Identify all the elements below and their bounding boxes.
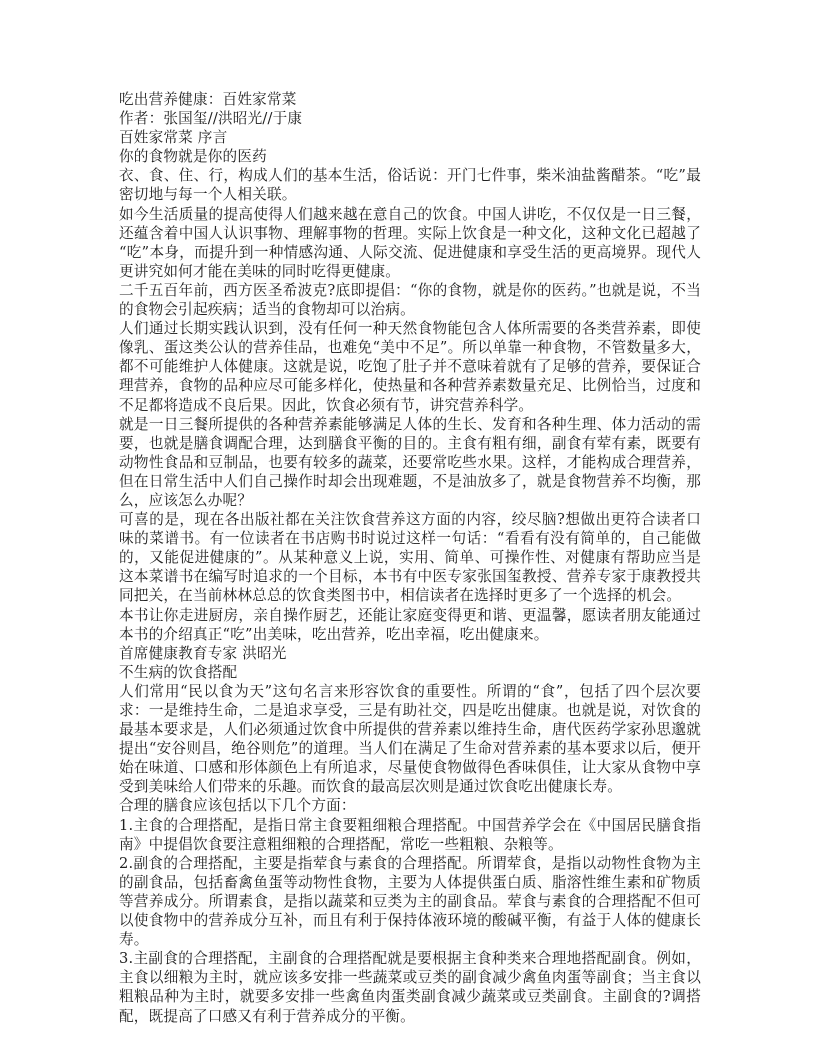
preface-heading: 百姓家常菜 序言 bbox=[119, 128, 701, 147]
section-title: 你的食物就是你的医药 bbox=[119, 147, 701, 166]
paragraph: 可喜的是，现在各出版社都在关注饮食营养这方面的内容，绞尽脑?想做出更符合读者口味… bbox=[119, 510, 701, 605]
list-item-paragraph: 2.副食的合理搭配，主要是指荤食与素食的合理搭配。所谓荤食，是指以动物性食物为主… bbox=[119, 854, 701, 949]
signature-line: 首席健康教育专家 洪昭光 bbox=[119, 644, 701, 663]
paragraph: 如今生活质量的提高使得人们越来越在意自己的饮食。中国人讲吃，不仅仅是一日三餐，还… bbox=[119, 205, 701, 281]
list-item-paragraph: 3.主副食的合理搭配，主副食的合理搭配就是要根据主食种类来合理地搭配副食。例如，… bbox=[119, 949, 701, 1025]
paragraph: 人们通过长期实践认识到，没有任何一种天然食物能包含人体所需要的各类营养素，即使像… bbox=[119, 319, 701, 414]
section-title: 不生病的饮食搭配 bbox=[119, 663, 701, 682]
paragraph: 衣、食、住、行，构成人们的基本生活，俗话说：开门七件事，柴米油盐酱醋茶。“吃”最… bbox=[119, 166, 701, 204]
paragraph: 人们常用“民以食为天”这句名言来形容饮食的重要性。所谓的“食”，包括了四个层次要… bbox=[119, 682, 701, 797]
list-item-paragraph: 1.主食的合理搭配，是指日常主食要粗细粮合理搭配。中国营养学会在《中国居民膳食指… bbox=[119, 816, 701, 854]
book-title-line: 吃出营养健康：百姓家常菜 bbox=[119, 90, 701, 109]
paragraph: 就是一日三餐所提供的各种营养素能够满足人体的生长、发育和各种生理、体力活动的需要… bbox=[119, 415, 701, 510]
document-page: 吃出营养健康：百姓家常菜 作者：张国玺//洪昭光//于康 百姓家常菜 序言 你的… bbox=[0, 0, 816, 1056]
paragraph: 二千五百年前，西方医圣希波克?底即提倡：“你的食物，就是你的医药。”也就是说，不… bbox=[119, 281, 701, 319]
paragraph: 合理的膳食应该包括以下几个方面： bbox=[119, 796, 701, 815]
author-line: 作者：张国玺//洪昭光//于康 bbox=[119, 109, 701, 128]
text-block: 吃出营养健康：百姓家常菜 作者：张国玺//洪昭光//于康 百姓家常菜 序言 你的… bbox=[119, 90, 701, 1026]
paragraph: 本书让你走进厨房，亲自操作厨艺，还能让家庭变得更和谐、更温馨，愿读者朋友能通过本… bbox=[119, 606, 701, 644]
